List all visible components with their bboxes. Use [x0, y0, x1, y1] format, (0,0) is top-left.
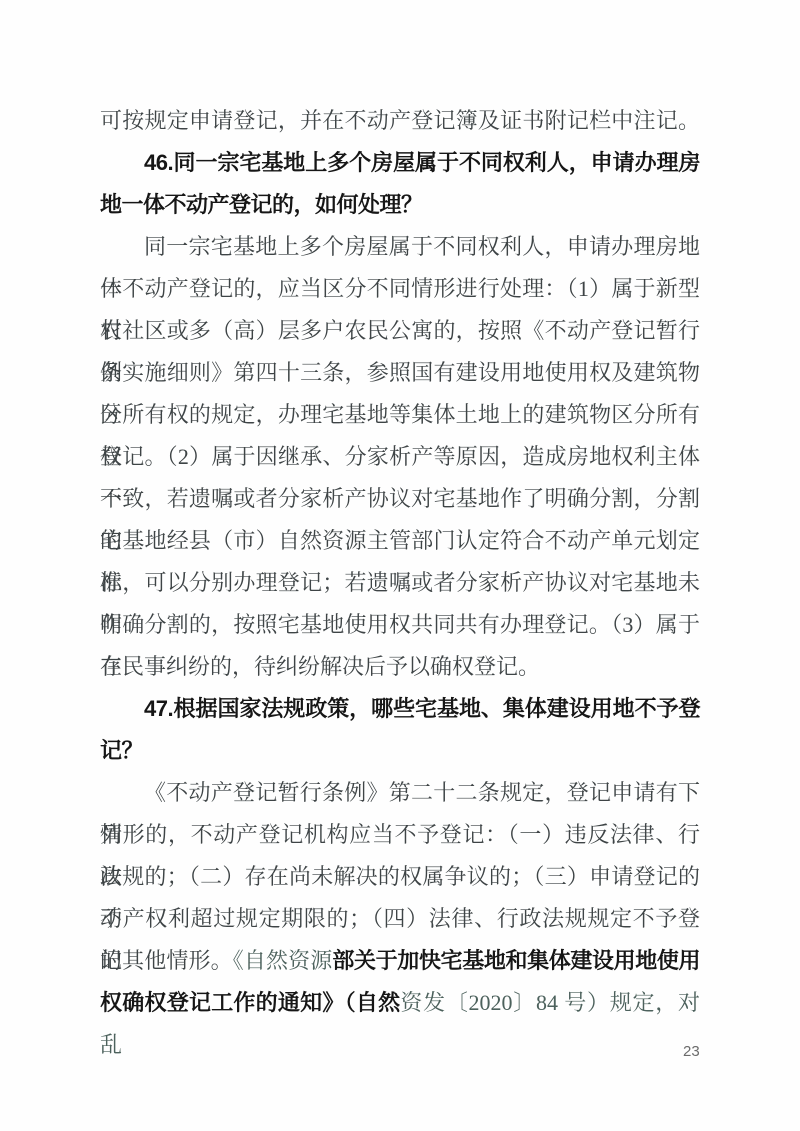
document-page: 可按规定申请登记，并在不动产登记簿及证书附记栏中注记。46.同一宗宅基地上多个房…: [0, 0, 800, 1131]
text-line: 在民事纠纷的，待纠纷解决后予以确权登记。: [100, 646, 700, 688]
text-line: 记？: [100, 730, 700, 772]
text-line: 一致，若遗嘱或者分家析产协议对宅基地作了明确分割，分割的: [100, 478, 700, 520]
page-number: 23: [683, 1042, 700, 1062]
document-text-block: 可按规定申请登记，并在不动产登记簿及证书附记栏中注记。46.同一宗宅基地上多个房…: [100, 100, 700, 1024]
text-line: 权确权登记工作的通知》（自然资发〔2020〕84 号）规定，对乱: [100, 982, 700, 1024]
body-text-run: 在民事纠纷的，待纠纷解决后予以确权登记。: [100, 654, 540, 679]
text-line: 准，可以分别办理登记；若遗嘱或者分家析产协议对宅基地未作: [100, 562, 700, 604]
body-text-run: 可按规定申请登记，并在不动产登记簿及证书附记栏中注记。: [100, 108, 700, 133]
text-line: 可按规定申请登记，并在不动产登记簿及证书附记栏中注记。: [100, 100, 700, 142]
heading-text-run: 记？: [100, 738, 143, 763]
text-line: 47.根据国家法规政策，哪些宅基地、集体建设用地不予登: [100, 688, 700, 730]
body-text-run: 《自然资源: [233, 948, 333, 973]
text-line: 宅基地经县（市）自然资源主管部门认定符合不动产单元划定标: [100, 520, 700, 562]
text-line: 同一宗宅基地上多个房屋属于不同权利人，申请办理房地一: [100, 226, 700, 268]
text-line: 情形的，不动产登记机构应当不予登记：（一）违反法律、行政: [100, 814, 700, 856]
text-line: 登记。（2）属于因继承、分家析产等原因，造成房地权利主体不: [100, 436, 700, 478]
heading-text-run: 46.同一宗宅基地上多个房屋属于不同权利人，申请办理房: [144, 150, 700, 175]
body-text-run: 的其他情形。: [100, 948, 233, 973]
text-line: 的其他情形。《自然资源部关于加快宅基地和集体建设用地使用: [100, 940, 700, 982]
text-line: 动产权利超过规定期限的；（四）法律、行政法规规定不予登记: [100, 898, 700, 940]
text-line: 体不动产登记的，应当区分不同情形进行处理：（1）属于新型农: [100, 268, 700, 310]
text-line: 村社区或多（高）层多户农民公寓的，按照《不动产登记暂行条: [100, 310, 700, 352]
heading-text-run: 权确权登记工作的通知》（自然: [100, 990, 400, 1015]
heading-text-run: 部关于加快宅基地和集体建设用地使用: [332, 948, 700, 973]
text-line: 例实施细则》第四十三条，参照国有建设用地使用权及建筑物区: [100, 352, 700, 394]
text-line: 《不动产登记暂行条例》第二十二条规定，登记申请有下列: [100, 772, 700, 814]
heading-text-run: 47.根据国家法规政策，哪些宅基地、集体建设用地不予登: [144, 696, 700, 721]
text-line: 46.同一宗宅基地上多个房屋属于不同权利人，申请办理房: [100, 142, 700, 184]
text-line: 法规的；（二）存在尚未解决的权属争议的；（三）申请登记的不: [100, 856, 700, 898]
text-line: 地一体不动产登记的，如何处理？: [100, 184, 700, 226]
text-line: 明确分割的，按照宅基地使用权共同共有办理登记。（3）属于存: [100, 604, 700, 646]
heading-text-run: 地一体不动产登记的，如何处理？: [100, 192, 423, 217]
text-line: 分所有权的规定，办理宅基地等集体土地上的建筑物区分所有权: [100, 394, 700, 436]
